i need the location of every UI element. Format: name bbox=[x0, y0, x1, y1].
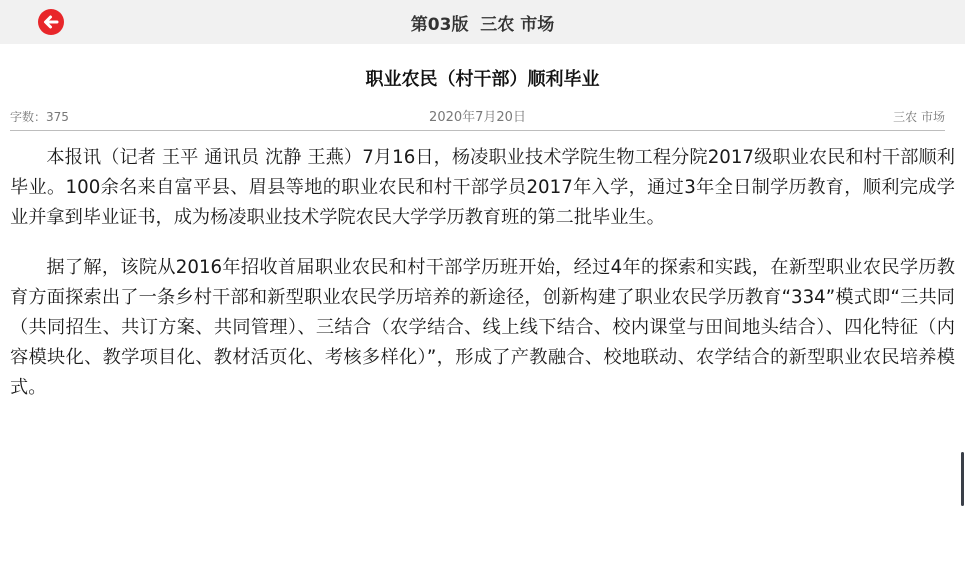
article-meta: 字数：375 2020年7月20日 三农 市场 bbox=[10, 106, 945, 131]
article-paragraph: 本报讯（记者 王平 通讯员 沈静 王燕）7月16日，杨凌职业技术学院生物工程分院… bbox=[10, 143, 955, 233]
article-title: 职业农民（村干部）顺利毕业 bbox=[0, 65, 965, 91]
scrollbar-thumb[interactable] bbox=[961, 452, 964, 506]
article-body: 本报讯（记者 王平 通讯员 沈静 王燕）7月16日，杨凌职业技术学院生物工程分院… bbox=[10, 143, 955, 423]
section-label: 三农 市场 bbox=[893, 108, 945, 125]
article-paragraph: 据了解，该院从2016年招收首届职业农民和村干部学历班开始，经过4年的探索和实践… bbox=[10, 253, 955, 403]
publish-date: 2020年7月20日 bbox=[10, 106, 945, 125]
page-edition-title: 第03版 三农 市场 bbox=[0, 10, 965, 35]
top-bar: 第03版 三农 市场 bbox=[0, 0, 965, 44]
